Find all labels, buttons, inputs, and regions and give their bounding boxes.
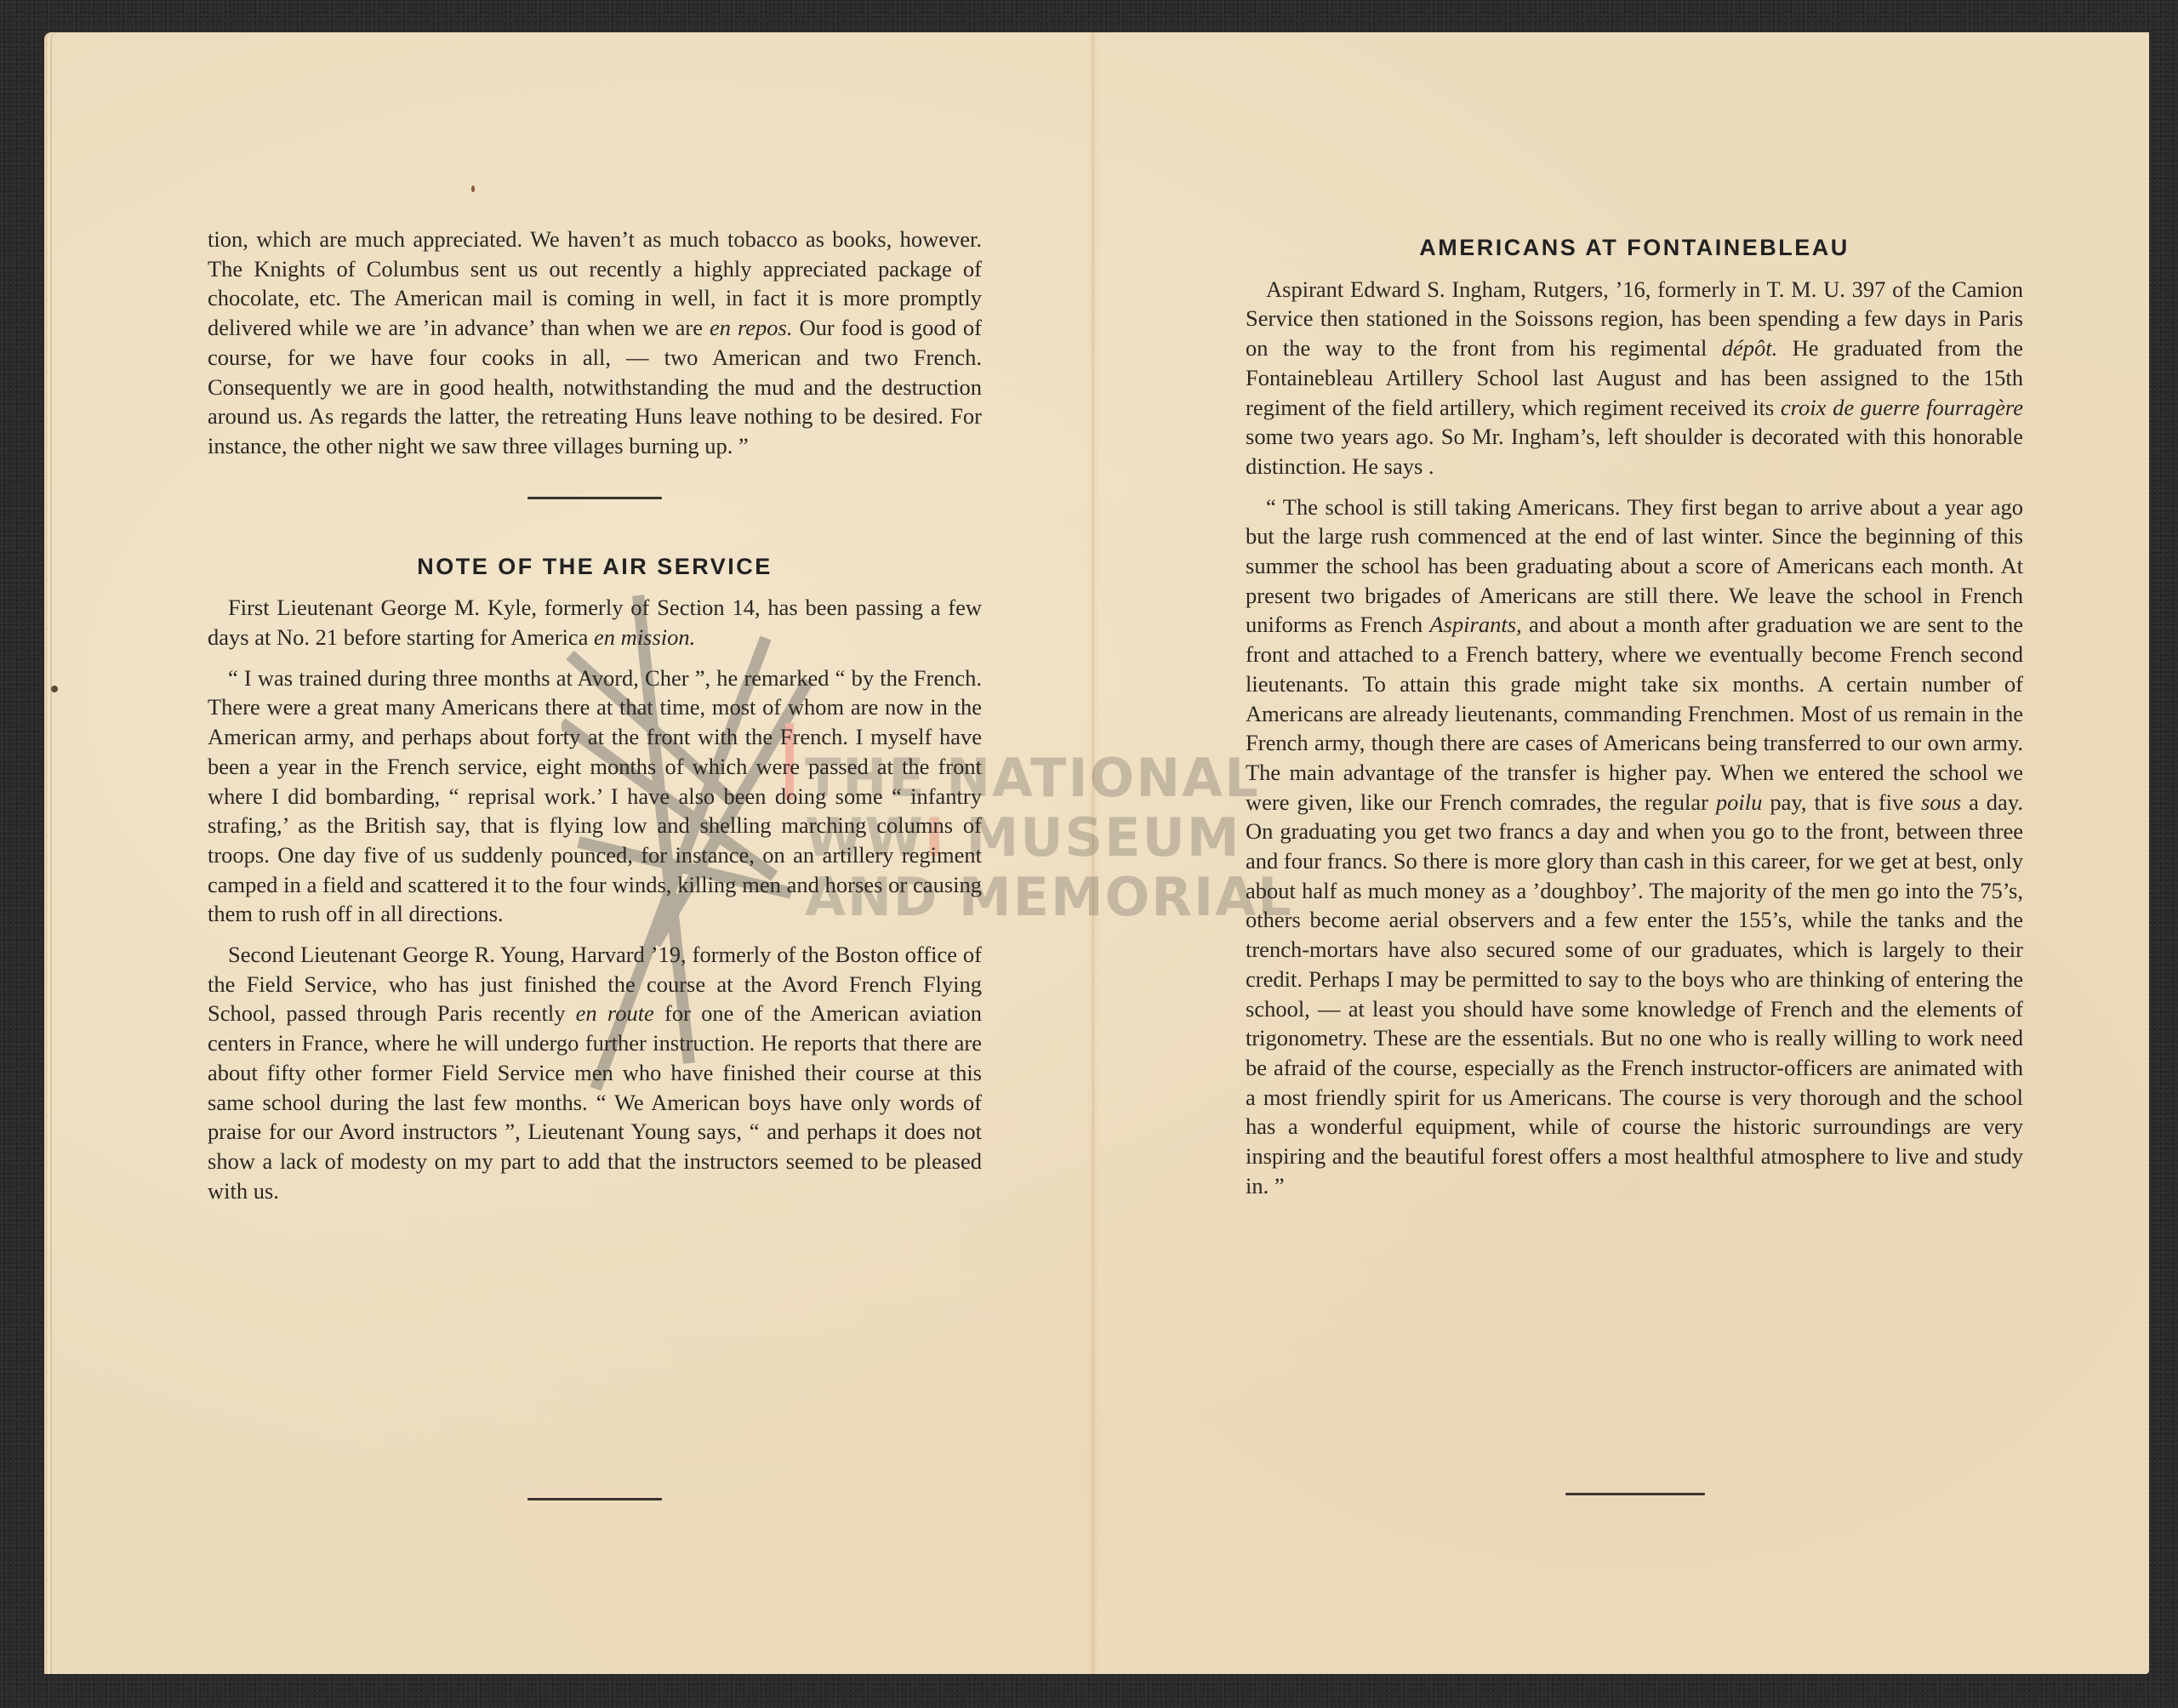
paper-speck [51,686,58,692]
section-heading-fontainebleau: AMERICANS AT FONTAINEBLEAU [1246,233,2023,263]
right-page-column: AMERICANS AT FONTAINEBLEAU Aspirant Edwa… [1246,225,2023,1201]
end-divider-right [1565,1493,1705,1495]
paragraph-kyle: First Lieutenant George M. Kyle, formerl… [208,593,982,652]
paper-speck [471,185,475,192]
left-page-column: tion, which are much appreciated. We hav… [208,225,982,1205]
paragraph-ingham-quote: “ The school is still taking Americans. … [1246,492,2023,1201]
section-heading-air-service: NOTE OF THE AIR SERVICE [208,552,982,582]
paragraph-kyle-quote: “ I was trained during three months at A… [208,663,982,929]
center-fold [1092,32,1094,1674]
paragraph-ingham: Aspirant Edward S. Ingham, Rutgers, ’16,… [1246,275,2023,481]
section-divider [527,497,662,499]
end-divider-left [527,1498,662,1500]
continued-paragraph: tion, which are much appreciated. We hav… [208,225,982,461]
paragraph-young: Second Lieutenant George R. Young, Harva… [208,940,982,1205]
